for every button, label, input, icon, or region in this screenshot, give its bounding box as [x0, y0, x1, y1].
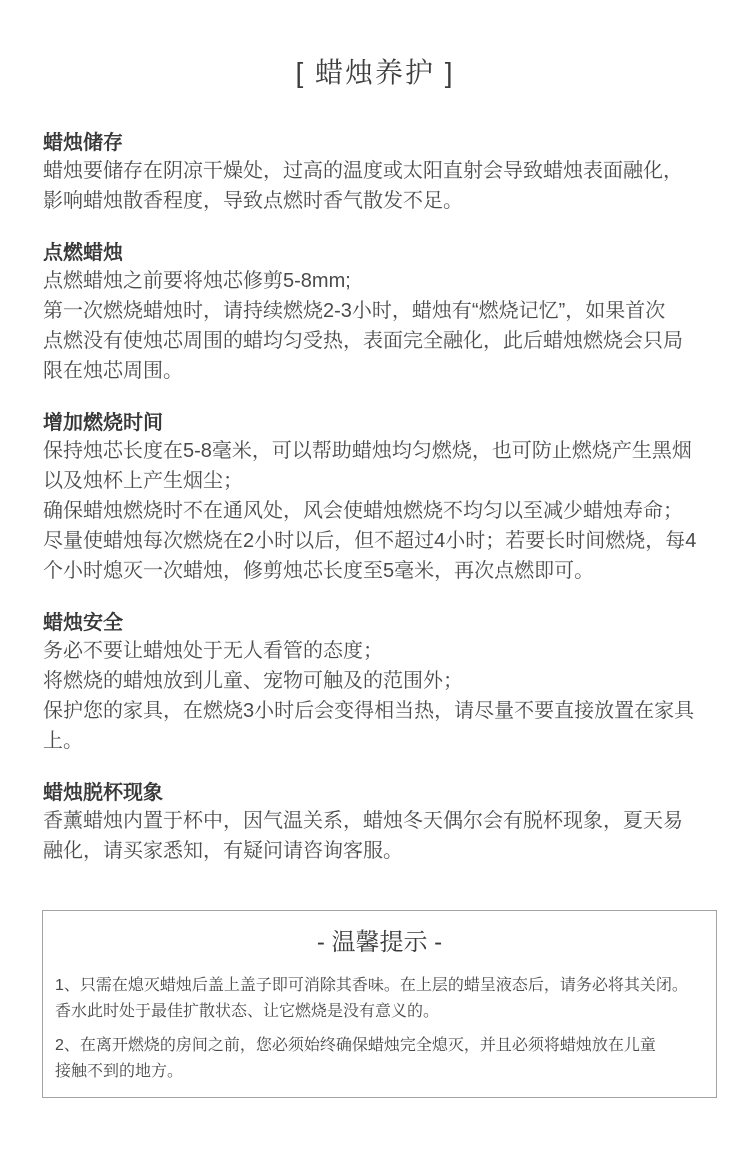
section-body-candle-safety-1: 务必不要让蜡烛处于无人看管的态度；	[43, 636, 713, 666]
warm-tips-item-2: 2、在离开燃烧的房间之前，您必须始终确保蜡烛完全熄灭，并且必须将蜡烛放在儿童 接…	[55, 1033, 704, 1085]
candle-care-page: [ 蜡烛养护 ] 蜡烛储存 蜡烛要储存在阴凉干燥处，过高的温度或太阳直射会导致蜡…	[0, 0, 750, 1152]
warm-tips-title: - 温馨提示 -	[55, 927, 704, 959]
warm-tips-item-1: 1、只需在熄灭蜡烛后盖上盖子即可消除其香味。在上层的蜡呈液态后，请务必将其关闭。…	[55, 973, 704, 1025]
warm-tips-box: - 温馨提示 - 1、只需在熄灭蜡烛后盖上盖子即可消除其香味。在上层的蜡呈液态后…	[42, 910, 717, 1098]
section-heading-increase-burn-time: 增加燃烧时间	[43, 410, 713, 436]
section-body-lighting-candle-1: 点燃蜡烛之前要将烛芯修剪5-8mm;	[43, 266, 713, 296]
section-heading-wax-detaching: 蜡烛脱杯现象	[43, 780, 713, 806]
section-body-candle-safety-2: 将燃烧的蜡烛放到儿童、宠物可触及的范围外；	[43, 666, 713, 696]
section-body-lighting-candle-2: 第一次燃烧蜡烛时，请持续燃烧2-3小时，蜡烛有“燃烧记忆”，如果首次 点燃没有使…	[43, 296, 713, 386]
care-instructions: 蜡烛储存 蜡烛要储存在阴凉干燥处，过高的温度或太阳直射会导致蜡烛表面融化， 影响…	[0, 130, 750, 866]
section-heading-candle-storage: 蜡烛储存	[43, 130, 713, 156]
section-body-candle-storage: 蜡烛要储存在阴凉干燥处，过高的温度或太阳直射会导致蜡烛表面融化， 影响蜡烛散香程…	[43, 156, 713, 216]
section-heading-candle-safety: 蜡烛安全	[43, 610, 713, 636]
section-body-increase-burn-time-2: 确保蜡烛燃烧时不在通风处，风会使蜡烛燃烧不均匀以至减少蜡烛寿命；	[43, 496, 713, 526]
section-body-candle-safety-3: 保护您的家具，在燃烧3小时后会变得相当热，请尽量不要直接放置在家具 上。	[43, 696, 713, 756]
section-body-increase-burn-time-3: 尽量使蜡烛每次燃烧在2小时以后，但不超过4小时；若要长时间燃烧，每4 个小时熄灭…	[43, 526, 713, 586]
section-body-wax-detaching: 香薰蜡烛内置于杯中，因气温关系，蜡烛冬天偶尔会有脱杯现象，夏天易 融化，请买家悉…	[43, 806, 713, 866]
section-heading-lighting-candle: 点燃蜡烛	[43, 240, 713, 266]
section-body-increase-burn-time-1: 保持烛芯长度在5-8毫米，可以帮助蜡烛均匀燃烧，也可防止燃烧产生黑烟 以及烛杯上…	[43, 436, 713, 496]
page-title: [ 蜡烛养护 ]	[0, 0, 750, 90]
